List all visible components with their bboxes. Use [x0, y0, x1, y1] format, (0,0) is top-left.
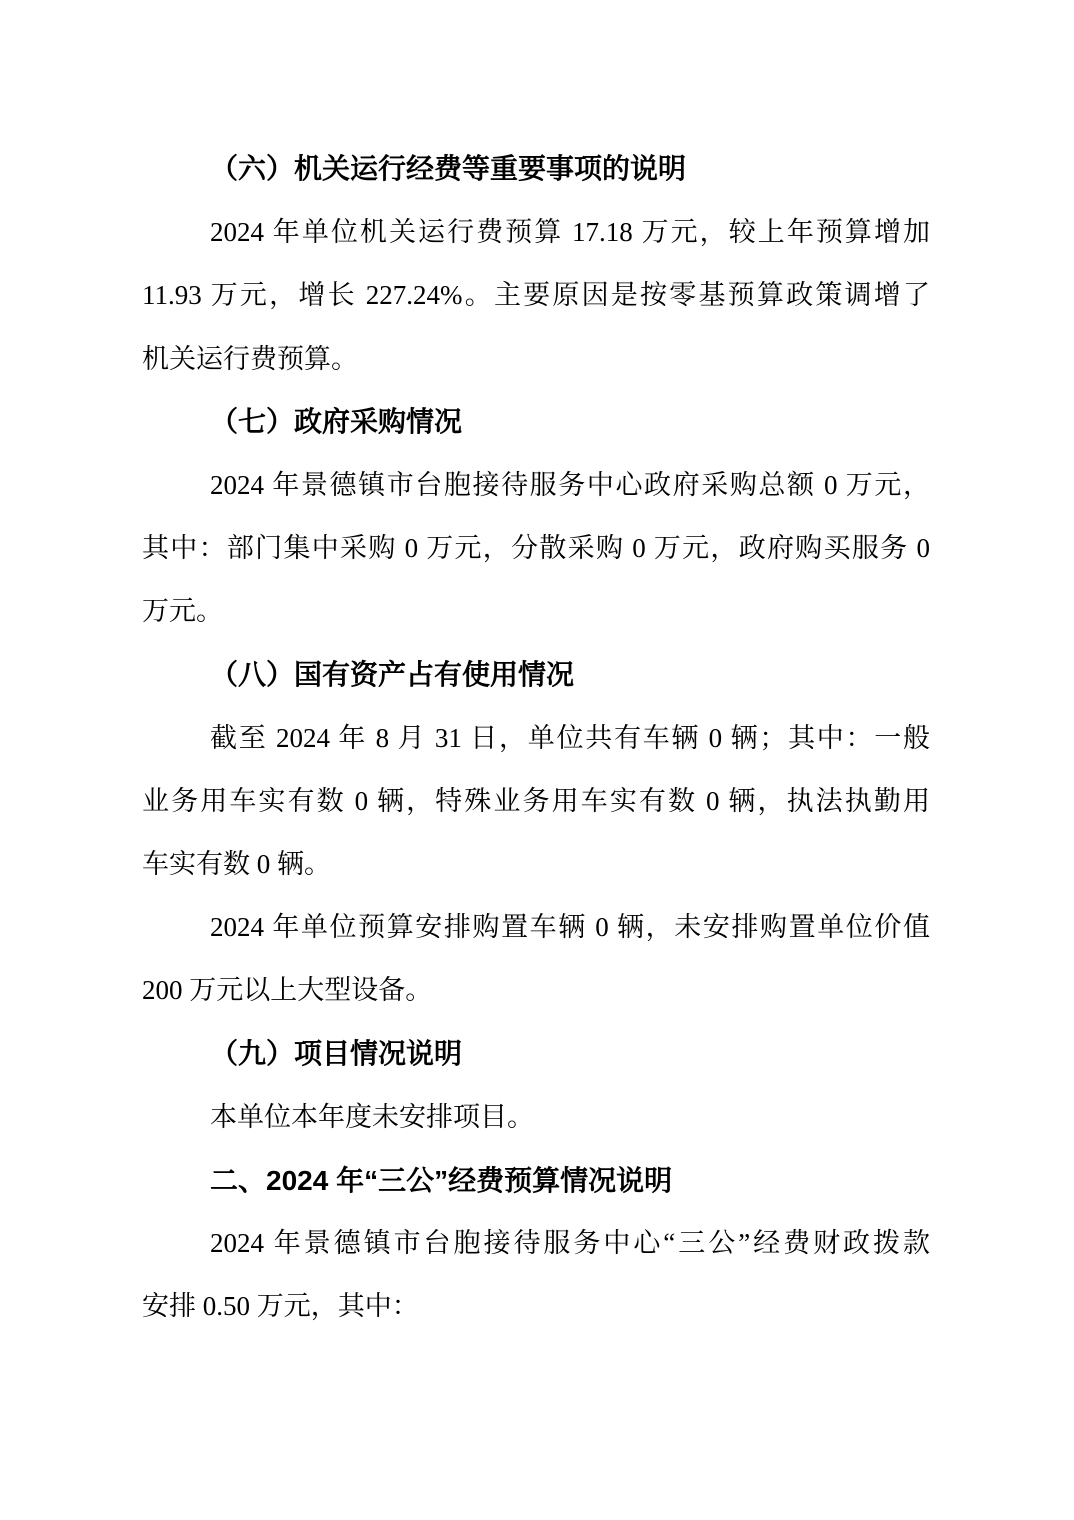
para-three-public-line-1: 2024 年景德镇市台胞接待服务中心“三公”经费财政拨款 [142, 1212, 930, 1275]
para-procurement-line-1: 2024 年景德镇市台胞接待服务中心政府采购总额 0 万元， [142, 454, 930, 517]
document-text-block: （六）机关运行经费等重要事项的说明 2024 年单位机关运行费预算 17.18 … [142, 138, 930, 1339]
para-vehicle-purchase-line-2: 200 万元以上大型设备。 [142, 959, 930, 1022]
para-agency-operating-line-3: 机关运行费预算。 [142, 328, 930, 391]
section-heading-7: （七）政府采购情况 [142, 391, 930, 454]
chapter-heading-2: 二、2024 年“三公”经费预算情况说明 [142, 1149, 930, 1212]
para-vehicles-line-1: 截至 2024 年 8 月 31 日，单位共有车辆 0 辆；其中：一般 [142, 707, 930, 770]
para-projects-line-1: 本单位本年度未安排项目。 [142, 1086, 930, 1149]
para-vehicles-line-3: 车实有数 0 辆。 [142, 833, 930, 896]
para-three-public-line-2: 安排 0.50 万元，其中： [142, 1275, 930, 1338]
para-procurement-line-2: 其中：部门集中采购 0 万元，分散采购 0 万元，政府购买服务 0 [142, 517, 930, 580]
section-heading-8: （八）国有资产占有使用情况 [142, 644, 930, 707]
document-page: （六）机关运行经费等重要事项的说明 2024 年单位机关运行费预算 17.18 … [0, 0, 1074, 1520]
para-vehicle-purchase-line-1: 2024 年单位预算安排购置车辆 0 辆，未安排购置单位价值 [142, 896, 930, 959]
para-vehicles-line-2: 业务用车实有数 0 辆，特殊业务用车实有数 0 辆，执法执勤用 [142, 770, 930, 833]
para-procurement-line-3: 万元。 [142, 580, 930, 643]
para-agency-operating-line-1: 2024 年单位机关运行费预算 17.18 万元，较上年预算增加 [142, 201, 930, 264]
section-heading-9: （九）项目情况说明 [142, 1023, 930, 1086]
section-heading-6: （六）机关运行经费等重要事项的说明 [142, 138, 930, 201]
para-agency-operating-line-2: 11.93 万元，增长 227.24%。主要原因是按零基预算政策调增了 [142, 264, 930, 327]
